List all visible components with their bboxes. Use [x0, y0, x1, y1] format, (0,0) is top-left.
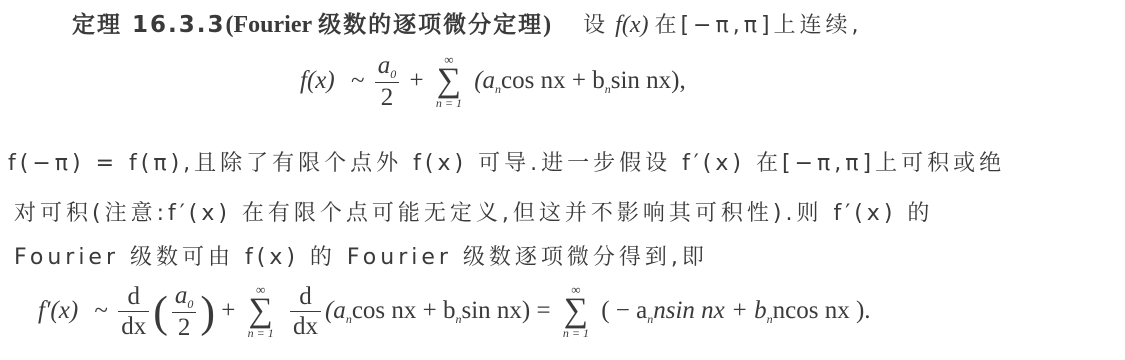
eq2-summation-2: ∞ ∑ n = 1 [563, 283, 589, 342]
eq1-lhs: f(x) [300, 67, 335, 94]
paragraph-line-2: 对可积(注意:f′(x) 在有限个点可能无定义,但这并不影响其可积性).则 f′… [14, 196, 933, 227]
eq2-sim: ~ [94, 297, 108, 324]
equation-1: f(x) ~ a0 2 + ∞ ∑ n = 1 (ancos nx + bnsi… [300, 52, 686, 113]
eq2-derivative: d dx [118, 283, 149, 343]
eq2-inner-fraction: a0 2 [172, 282, 197, 343]
eq2-plus: + [221, 297, 235, 324]
theorem-intro-2: 在[−π,π]上连续, [654, 13, 862, 38]
paragraph-line-3: Fourier 级数可由 f(x) 的 Fourier 级数逐项微分得到,即 [14, 240, 708, 271]
eq2-lhs: f′(x) [38, 297, 78, 324]
theorem-title-close: ) [543, 12, 551, 38]
eq2-term: (ancos nx + bnsin nx) = [325, 297, 551, 324]
eq2-rhs: ( − annsin nx + bnncos nx ). [601, 297, 870, 324]
eq2-derivative-2: d dx [290, 283, 321, 343]
theorem-title-open: ( [226, 12, 234, 38]
theorem-title-word: Fourier [234, 12, 313, 38]
theorem-title-cjk: 级数的逐项微分定理 [318, 12, 543, 38]
eq1-summation: ∞ ∑ n = 1 [436, 53, 462, 112]
theorem-label: 定理 16.3.3 [72, 12, 226, 38]
eq1-sim: ~ [351, 67, 365, 94]
equation-2: f′(x) ~ d dx ( a0 2 ) + ∞ ∑ n = 1 d dx (… [38, 282, 871, 343]
paragraph-line-1: f(−π) = f(π),且除了有限个点外 f(x) 可导.进一步假设 f′(x… [8, 146, 1005, 177]
eq1-term: (ancos nx + bnsin nx), [474, 67, 686, 94]
theorem-fx: f(x) [615, 12, 648, 38]
eq1-fraction: a0 2 [375, 52, 400, 113]
eq1-plus: + [409, 67, 423, 94]
eq2-summation-1: ∞ ∑ n = 1 [248, 283, 274, 342]
theorem-heading: 定理 16.3.3(Fourier 级数的逐项微分定理) 设 f(x) 在[−π… [72, 6, 863, 39]
theorem-intro-1: 设 [583, 13, 609, 38]
